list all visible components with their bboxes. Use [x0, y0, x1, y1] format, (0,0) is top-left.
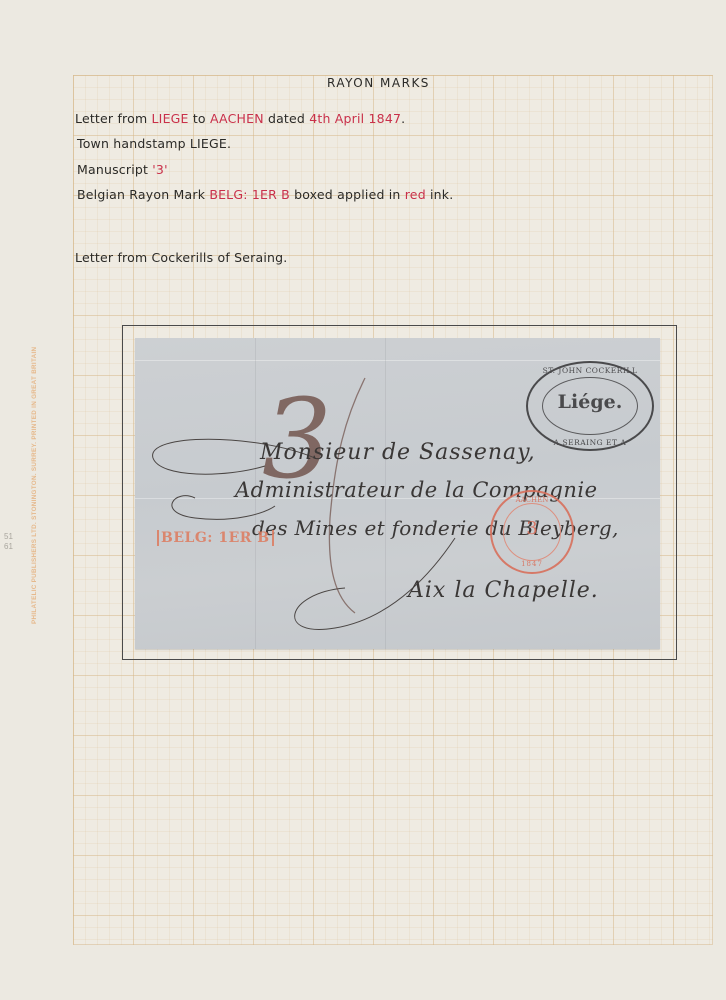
pencil-note: 51 61 — [4, 532, 13, 552]
text-segment: to — [189, 111, 210, 126]
handstamp-bottom-text: A SERAING ET A — [528, 438, 652, 447]
publisher-imprint: PHILATELIC PUBLISHERS LTD. STONINGTON. S… — [26, 320, 44, 650]
description-line-3: Manuscript '3' — [77, 162, 168, 177]
datestamp-town: AACHEN — [492, 496, 572, 504]
manuscript-rate-note: '3' — [152, 162, 167, 177]
datestamp-day: 3 — [492, 518, 572, 539]
text-segment: . — [401, 111, 405, 126]
letter-date: 4th April 1847 — [309, 111, 401, 126]
description-line-4: Belgian Rayon Mark BELG: 1ER B boxed app… — [77, 187, 453, 202]
destination-city: AACHEN — [210, 111, 264, 126]
description-line-5: Letter from Cockerills of Seraing. — [75, 250, 287, 265]
circular-datestamp: AACHEN 3 1847 — [490, 490, 574, 574]
text-segment: Manuscript — [77, 162, 152, 177]
handstamp-town: Liége. — [528, 391, 652, 413]
description-line-1: Letter from LIEGE to AACHEN dated 4th Ap… — [75, 111, 405, 126]
origin-city: LIEGE — [152, 111, 189, 126]
pencil-note-line: 61 — [4, 542, 13, 552]
boxed-rayon-mark: BELG: 1ER B — [157, 530, 274, 546]
description-line-2: Town handstamp LIEGE. — [77, 136, 231, 151]
text-segment: Town handstamp LIEGE. — [77, 136, 231, 151]
pencil-note-line: 51 — [4, 532, 13, 542]
text-segment: dated — [264, 111, 309, 126]
text-segment: boxed applied in — [290, 187, 405, 202]
address-line-4: Aix la Chapelle. — [408, 578, 599, 603]
text-segment: ink. — [426, 187, 454, 202]
address-line-1: Monsieur de Sassenay, — [260, 440, 536, 465]
page-title: RAYON MARKS — [327, 76, 430, 90]
text-segment: Belgian Rayon Mark — [77, 187, 209, 202]
text-segment: Letter from Cockerills of Seraing. — [75, 250, 287, 265]
text-segment: Letter from — [75, 111, 152, 126]
ink-color-note: red — [405, 187, 426, 202]
handstamp-top-text: ST. JOHN COCKERILL — [528, 366, 652, 375]
rayon-mark-note: BELG: 1ER B — [209, 187, 290, 202]
datestamp-year: 1847 — [492, 560, 572, 568]
oval-handstamp: ST. JOHN COCKERILL Liége. A SERAING ET A — [526, 361, 654, 451]
